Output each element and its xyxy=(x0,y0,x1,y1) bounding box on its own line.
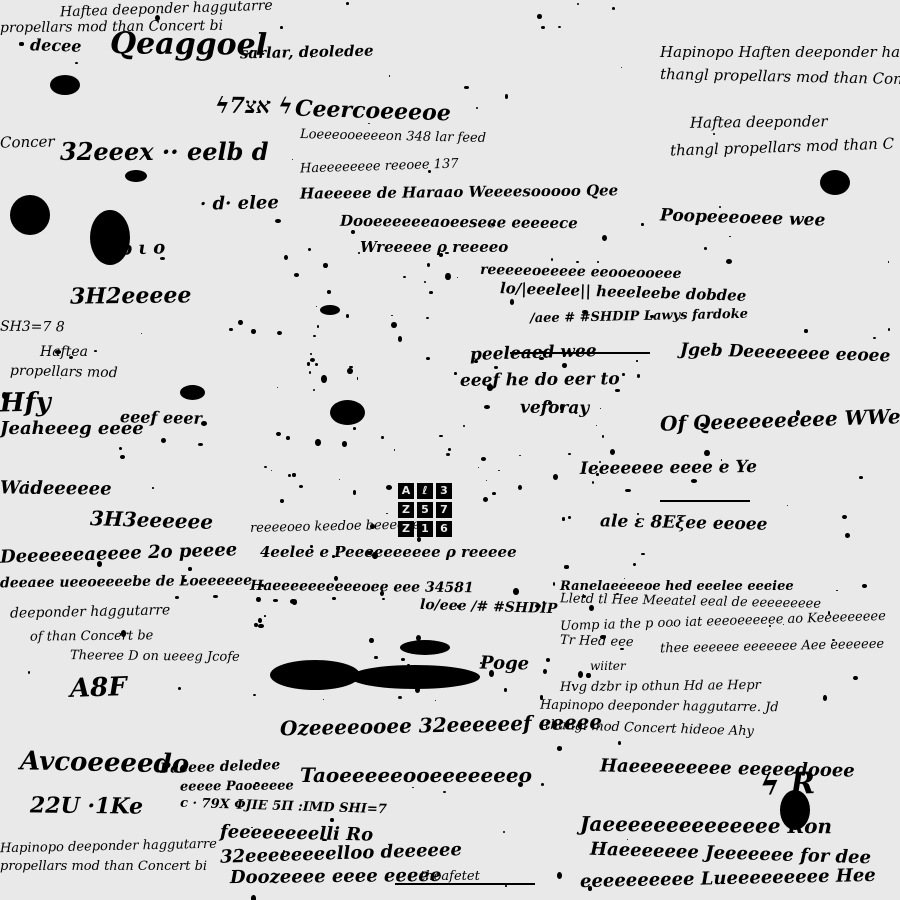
ink-speck xyxy=(622,373,625,377)
ink-speck xyxy=(787,505,788,506)
ink-speck xyxy=(804,329,808,333)
ink-speck xyxy=(562,517,565,520)
ink-speck xyxy=(543,601,545,603)
script-fragment: thee eeeeee eeeeeee Aee eeeeeee xyxy=(660,638,884,656)
script-fragment: SH3=7 8 xyxy=(0,320,65,335)
ink-speck xyxy=(299,485,303,488)
ink-speck xyxy=(560,404,565,410)
ink-speck xyxy=(597,261,599,263)
ink-speck xyxy=(557,746,563,751)
ink-speck xyxy=(183,579,186,582)
script-fragment: reeeeeoeeeee eeooeooeee xyxy=(480,263,682,281)
ink-speck xyxy=(284,255,288,260)
script-fragment: Dooeeeeeeaoeeseee eeeeece xyxy=(340,214,578,231)
ink-speck xyxy=(277,331,282,335)
ink-speck xyxy=(439,435,443,438)
ink-rule xyxy=(660,500,750,502)
ink-speck xyxy=(424,281,426,283)
ink-speck xyxy=(152,487,155,489)
ink-speck xyxy=(160,257,165,260)
ink-speck xyxy=(558,26,561,28)
ink-speck xyxy=(290,599,296,604)
ink-speck xyxy=(439,253,443,256)
ink-speck xyxy=(398,336,403,342)
ink-speck xyxy=(309,371,311,374)
script-fragment: wiiter xyxy=(590,660,626,672)
ink-speck xyxy=(492,492,496,495)
ink-speck xyxy=(327,290,331,294)
ink-speck xyxy=(97,561,102,567)
script-fragment: Uomp ia the p ooo iat eeeoeeeeee ao Keee… xyxy=(560,610,886,633)
ink-speck xyxy=(551,258,553,261)
ink-speck xyxy=(353,427,357,430)
ink-speck xyxy=(391,315,393,316)
script-fragment: lo/|eeelee|| heeeleebe dobdee xyxy=(500,281,747,304)
ink-speck xyxy=(474,360,477,363)
script-fragment: Haftea xyxy=(40,345,88,359)
script-fragment: Hvg ǳbr ip othun Hd ae Hepr xyxy=(560,679,761,694)
ink-speck xyxy=(704,247,707,250)
glyph-grid: Aℓ3Z57Z16 xyxy=(398,483,452,537)
ink-speck xyxy=(2,392,7,399)
ink-speck xyxy=(589,605,594,611)
ink-speck xyxy=(498,470,500,472)
ink-speck xyxy=(769,625,771,626)
ink-blot xyxy=(50,75,80,95)
ink-speck xyxy=(229,328,232,331)
ink-speck xyxy=(454,372,456,375)
ink-speck xyxy=(853,676,858,681)
script-fragment: Wadeeeeee xyxy=(0,479,112,498)
ink-speck xyxy=(323,699,324,700)
ink-speck xyxy=(313,335,316,337)
ink-speck xyxy=(264,466,267,468)
ink-speck xyxy=(618,741,621,745)
ink-speck xyxy=(557,872,563,879)
script-fragment: Ieeeeeee eeee e Ye xyxy=(580,459,757,478)
ink-speck xyxy=(254,623,258,628)
ink-speck xyxy=(426,317,429,319)
ink-speck xyxy=(28,671,30,674)
ink-speck xyxy=(351,230,355,234)
ink-speck xyxy=(417,537,421,542)
ink-speck xyxy=(307,362,310,365)
script-fragment: A8F xyxy=(70,674,128,702)
ink-speck xyxy=(476,107,478,109)
ink-speck xyxy=(292,473,295,477)
ink-speck xyxy=(258,624,263,628)
ink-speck xyxy=(427,263,430,267)
script-fragment: thangl propellars mod than C xyxy=(670,136,894,158)
ink-speck xyxy=(310,353,312,355)
ink-speck xyxy=(842,515,847,519)
ink-speck xyxy=(198,443,203,446)
ink-speck xyxy=(859,476,863,479)
ink-speck xyxy=(428,170,431,173)
script-fragment: 3H2eeeee xyxy=(70,284,192,307)
ink-speck xyxy=(141,333,142,334)
ink-speck xyxy=(178,687,181,690)
ink-speck xyxy=(280,499,284,503)
script-fragment: Jgeb Deeeeeeee eeoee xyxy=(680,342,891,366)
ink-speck xyxy=(457,277,458,278)
glyph-cell: A xyxy=(398,483,414,499)
ink-speck xyxy=(553,474,558,480)
script-fragment: c · 79X ΦJIE 5Π :IMD SHI=7 xyxy=(180,797,387,816)
ink-speck xyxy=(599,461,601,463)
ink-speck xyxy=(201,421,207,426)
ink-speck xyxy=(600,635,606,639)
ink-speck xyxy=(276,432,281,436)
ink-speck xyxy=(487,384,493,390)
ink-speck xyxy=(621,67,622,68)
script-fragment: Paeeee deledee xyxy=(160,758,281,776)
ink-speck xyxy=(568,453,571,455)
script-fragment: deeaee ueeoeeeebe de Loeeeeee xyxy=(0,574,252,591)
ink-speck xyxy=(625,489,631,492)
ink-speck xyxy=(406,669,410,673)
ink-speck xyxy=(445,273,451,281)
ink-speck xyxy=(380,591,384,596)
ink-speck xyxy=(691,479,697,483)
ink-speck xyxy=(602,435,604,438)
ink-speck xyxy=(238,320,243,325)
ink-speck xyxy=(315,439,321,445)
ink-speck xyxy=(346,314,349,318)
ink-speck xyxy=(394,449,395,451)
ink-speck xyxy=(334,677,338,680)
script-fragment: Hfy xyxy=(0,389,51,416)
glyph-cell: 7 xyxy=(436,502,452,518)
ink-speck xyxy=(323,263,328,268)
ink-speck xyxy=(313,389,315,391)
ink-speck xyxy=(568,516,571,519)
ink-speck xyxy=(280,26,283,29)
ink-speck xyxy=(873,337,876,339)
ink-speck xyxy=(489,670,494,676)
ink-speck xyxy=(386,485,392,490)
ink-speck xyxy=(577,3,579,5)
ink-speck xyxy=(446,453,450,456)
ink-speck xyxy=(347,368,352,374)
script-fragment: thoafetet xyxy=(420,870,480,883)
ink-speck xyxy=(602,235,607,241)
ink-speck xyxy=(578,671,583,678)
ink-speck xyxy=(448,448,452,451)
ink-speck xyxy=(586,673,590,678)
ink-speck xyxy=(537,14,542,19)
script-fragment: Ozeeeeooee 32eeeeeef eeeee xyxy=(280,712,602,739)
ink-blot xyxy=(820,170,850,195)
script-fragment: of than Concert be xyxy=(30,629,153,643)
script-fragment: /aee # #SHDIP Lawys fardoke xyxy=(530,308,748,326)
ink-speck xyxy=(19,42,23,45)
script-fragment: 22U ·1Ke xyxy=(30,794,143,817)
ink-blot xyxy=(400,640,450,655)
ink-speck xyxy=(463,425,465,427)
ink-speck xyxy=(553,582,556,586)
ink-speck xyxy=(548,401,552,405)
handwriting-texture: Haftea deeponder haggutarrepropellars mo… xyxy=(0,0,900,900)
ink-speck xyxy=(700,423,705,427)
ink-speck xyxy=(386,513,388,515)
ink-speck xyxy=(650,315,654,318)
ink-speck xyxy=(426,357,431,360)
script-fragment: thangl propellars mod than Concert bi xyxy=(660,67,900,88)
ink-speck xyxy=(75,62,78,64)
ink-speck xyxy=(507,664,509,665)
glyph-cell: 5 xyxy=(417,502,433,518)
script-fragment: Haeeeeeeee reeoee 137 xyxy=(300,158,459,176)
script-fragment: Haeeeee de Haraao Weeeesooooo Qee xyxy=(300,183,618,201)
ink-speck xyxy=(258,618,262,623)
ink-speck xyxy=(726,259,732,264)
script-fragment: 32eeeeeeeelloo deeeeee xyxy=(220,841,462,867)
glyph-cell: 3 xyxy=(436,483,452,499)
ink-speck xyxy=(610,449,616,455)
ink-speck xyxy=(315,363,318,366)
script-fragment: ale ε 8Eξee eeoee xyxy=(600,513,768,534)
ink-speck xyxy=(372,552,378,560)
ink-rule xyxy=(395,883,535,885)
ink-speck xyxy=(562,363,567,368)
ink-speck xyxy=(519,455,521,456)
ink-blot xyxy=(320,305,340,315)
ink-speck xyxy=(612,7,615,10)
script-fragment: sarlar, deoledee xyxy=(240,44,374,62)
ink-speck xyxy=(435,700,436,701)
ink-speck xyxy=(491,223,494,227)
ink-speck xyxy=(275,219,281,223)
ink-speck xyxy=(641,553,645,555)
script-fragment: Haeeeeeee Jeeeeeee for dee xyxy=(590,841,871,868)
ink-speck xyxy=(398,696,402,699)
ink-speck xyxy=(286,436,290,441)
ink-speck xyxy=(55,350,61,353)
ink-speck xyxy=(478,467,479,468)
ink-speck xyxy=(592,481,594,484)
ink-speck xyxy=(510,299,514,305)
script-fragment: Deeeeeeaeeee 2o peeee xyxy=(0,541,237,566)
ink-speck xyxy=(576,261,579,263)
ink-speck xyxy=(481,457,486,461)
ink-speck xyxy=(369,638,374,644)
ink-speck xyxy=(335,682,338,684)
ink-speck xyxy=(504,688,507,691)
script-fragment: 32eeex ·· eelb d xyxy=(60,140,269,164)
script-fragment: eeef eeer xyxy=(120,409,202,427)
ink-speck xyxy=(429,291,433,294)
script-fragment: Hapinopo Haften deeponder haggutarre xyxy=(660,45,900,60)
ink-speck xyxy=(253,694,256,697)
script-fragment: Poopeeeoeee wee xyxy=(660,207,826,229)
ink-speck xyxy=(367,551,372,555)
ink-speck xyxy=(620,648,623,651)
ink-blot xyxy=(90,210,130,265)
ink-speck xyxy=(271,470,272,471)
ink-speck xyxy=(294,273,299,277)
ink-speck xyxy=(336,547,339,549)
ink-speck xyxy=(480,662,482,664)
ink-speck xyxy=(637,374,640,378)
ink-speck xyxy=(346,2,349,5)
ink-speck xyxy=(505,885,507,887)
ink-speck xyxy=(636,360,638,361)
script-fragment: Ceercoeeeoe xyxy=(295,98,451,125)
ink-speck xyxy=(175,596,179,599)
ink-speck xyxy=(342,441,347,447)
script-fragment: feeeeeeeelli Ro xyxy=(220,823,373,844)
script-fragment: propellars mod xyxy=(10,364,118,380)
ink-speck xyxy=(382,598,385,600)
ink-blot xyxy=(125,170,147,182)
ink-speck xyxy=(729,236,730,237)
ink-speck xyxy=(273,599,278,602)
ink-speck xyxy=(464,86,469,89)
ink-speck xyxy=(317,325,319,327)
script-fragment: · d· elee xyxy=(200,194,279,214)
script-fragment: Haftea deeponder xyxy=(690,114,828,130)
ink-speck xyxy=(823,695,827,700)
glyph-cell: Z xyxy=(398,521,414,537)
ink-speck xyxy=(543,669,547,675)
ink-speck xyxy=(119,447,122,450)
script-fragment: eeef he do eer to xyxy=(460,371,620,390)
script-fragment: 4eelee e Peeeeeeeeee ρ reeeee xyxy=(260,545,517,560)
script-fragment: 3H3eeeeee xyxy=(90,508,214,532)
ink-speck xyxy=(615,389,619,392)
ink-speck xyxy=(374,656,378,660)
script-fragment: Lletd tl Hee Meeatel eeal de eeeeeeeee xyxy=(560,592,821,610)
ink-speck xyxy=(633,563,636,566)
glyph-cell: 6 xyxy=(436,521,452,537)
ink-speck xyxy=(121,630,126,636)
ink-speck xyxy=(845,533,850,539)
ink-speck xyxy=(330,818,334,823)
ink-speck xyxy=(546,658,550,662)
ink-speck xyxy=(389,75,390,77)
ink-speck xyxy=(332,597,335,601)
ink-speck xyxy=(94,350,97,352)
ink-speck xyxy=(27,481,29,482)
script-fragment: Concer xyxy=(0,134,55,150)
script-fragment: eeeee Paoeeeee xyxy=(180,779,294,793)
script-fragment: Wreeeee ρ reeeeo xyxy=(360,240,508,255)
script-fragment: Haftea deeponder haggutarre xyxy=(60,0,273,19)
script-fragment: ϟ7אצ ϟ xyxy=(215,95,293,118)
ink-speck xyxy=(213,595,218,598)
ink-speck xyxy=(888,328,890,331)
ink-blot xyxy=(780,790,810,830)
ink-speck xyxy=(600,408,602,410)
ink-speck xyxy=(513,588,519,595)
ink-speck xyxy=(443,791,446,793)
ink-speck xyxy=(357,377,359,379)
ink-speck xyxy=(161,438,166,444)
ink-speck xyxy=(288,474,291,477)
ink-speck xyxy=(596,425,597,426)
ink-rule xyxy=(510,352,650,354)
ink-speck xyxy=(188,567,192,572)
ink-speck xyxy=(403,276,406,278)
ink-speck xyxy=(277,387,278,388)
ink-speck xyxy=(316,306,318,307)
script-fragment: propellars mod than Concert bi xyxy=(0,860,207,873)
ink-speck xyxy=(120,455,125,460)
ink-blot xyxy=(10,195,50,235)
glyph-cell: 1 xyxy=(417,521,433,537)
ink-speck xyxy=(292,159,293,160)
ink-speck xyxy=(494,366,498,369)
ink-speck xyxy=(564,565,569,568)
ink-speck xyxy=(588,886,592,890)
ink-speck xyxy=(428,852,431,855)
script-fragment: deeponder haggutarre xyxy=(10,603,171,620)
glyph-cell: Z xyxy=(398,502,414,518)
glyph-cell: ℓ xyxy=(417,483,433,499)
ink-speck xyxy=(339,479,340,480)
ink-speck xyxy=(483,497,488,502)
ink-speck xyxy=(828,611,831,614)
ink-speck xyxy=(353,490,357,495)
ink-speck xyxy=(256,597,261,603)
ink-speck xyxy=(407,664,409,667)
ink-speck xyxy=(575,412,576,414)
script-fragment: Of Qeeeeeeeeee WWe xyxy=(660,406,900,434)
ink-speck xyxy=(310,358,315,362)
script-fragment: veforay xyxy=(520,400,589,418)
script-fragment: Theeree D on ueeeg Jcofe xyxy=(70,649,240,664)
ink-speck xyxy=(251,329,256,334)
script-fragment: decee xyxy=(30,37,82,55)
ink-speck xyxy=(541,26,545,29)
ink-speck xyxy=(401,658,405,661)
ink-speck xyxy=(381,436,384,439)
ink-speck xyxy=(796,410,800,415)
script-fragment: Tr Hed eee xyxy=(560,634,634,649)
ink-speck xyxy=(321,375,327,383)
ink-speck xyxy=(704,450,709,456)
ink-speck xyxy=(518,485,522,490)
ink-speck xyxy=(60,378,61,379)
ink-speck xyxy=(888,261,890,263)
ink-speck xyxy=(415,687,420,693)
ink-speck xyxy=(505,94,508,99)
ink-speck xyxy=(486,480,487,482)
ink-speck xyxy=(641,223,643,226)
script-fragment: Hapinopo deeponder haggutarre xyxy=(0,838,217,856)
script-fragment: Haeeeeeeeeeeoee eee 34581 xyxy=(250,579,474,595)
ink-speck xyxy=(391,322,397,328)
ink-speck xyxy=(264,615,265,617)
ink-speck xyxy=(713,133,715,135)
script-fragment: eeeeeeeeee Lueeeeeeeee Hee xyxy=(580,867,876,891)
ink-blot xyxy=(180,385,205,400)
ink-speck xyxy=(836,590,837,591)
ink-speck xyxy=(308,248,311,251)
ink-speck xyxy=(412,787,414,788)
ink-speck xyxy=(251,895,256,900)
ink-blot xyxy=(270,660,360,690)
ink-blot xyxy=(330,400,365,425)
ink-speck xyxy=(862,584,867,588)
script-fragment: Taoeeeeeooeeeeeeeo xyxy=(300,765,532,785)
script-fragment: Poge xyxy=(480,654,529,673)
script-fragment: Haeeeeeeeee eeeeedooee xyxy=(600,757,855,780)
ink-speck xyxy=(541,783,545,787)
ink-speck xyxy=(484,405,490,409)
ink-speck xyxy=(310,545,314,548)
